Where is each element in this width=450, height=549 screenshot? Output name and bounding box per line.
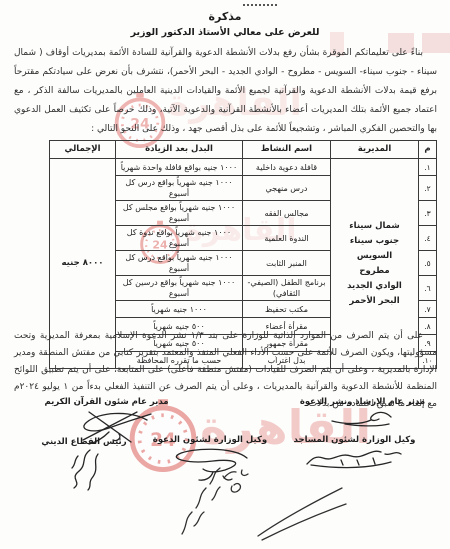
page-title: مذكرة [0, 10, 450, 23]
row-number: ٤. [419, 226, 437, 251]
allowance-value: ١٠٠٠ جنيه شهرياً بواقع ندوة كل أسبوع [116, 226, 243, 251]
allowance-value: ١٠٠٠ جنيه شهرياً بواقع درس كل أسبوع [116, 251, 243, 276]
activity-name: المنبر الثابت [243, 251, 331, 276]
col-header-number: م [419, 141, 437, 159]
directorate-name: شمال سيناء [333, 219, 416, 234]
row-number: ٧. [419, 301, 437, 318]
signature-block-dawa: وكيل الوزارة لشئون الدعوة [150, 435, 270, 484]
signature-handwriting [56, 448, 112, 492]
signature-block-religious-sector: رئيس القطاع الديني [28, 437, 140, 492]
col-header-allowance: البدل بعد الزيادة [116, 141, 243, 159]
top-handwritten-dashes [243, 4, 277, 6]
allowance-value: ١٠٠٠ جنيه شهرياً [116, 301, 243, 318]
memo-document-page: 24 القاهرة 24 القاهرة 24 القاهرة مذكرة ل… [0, 0, 450, 549]
activity-name: الندوة العلمية [243, 226, 331, 251]
opening-paragraph-text: بناءً على تعليماتكم الموقرة بشأن رفع بدل… [14, 48, 437, 134]
row-number: ١. [419, 159, 437, 176]
activity-name: برنامج الطفل (الصيفي- الثقافي) [243, 276, 331, 301]
signature-handwriting [303, 446, 407, 476]
signature-title: وكيل الوزارة لشئون الدعوة [150, 435, 270, 445]
directorate-name: البحر الأحمر [333, 294, 416, 309]
signature-block-irshad: مدير عام الإرشاد ونشر الدعوة [290, 397, 435, 430]
row-number: ٦. [419, 276, 437, 301]
allowance-value: ١٠٠٠ جنيه بواقع قافلة واحدة شهرياً [116, 159, 243, 176]
activity-name: مجالس الفقه [243, 201, 331, 226]
col-header-total: الإجمالي [50, 141, 116, 159]
activity-name: درس منهجي [243, 176, 331, 201]
directorate-name: مطروح [333, 264, 416, 279]
allowance-value: ١٠٠٠ جنيه شهرياً بواقع مجلس كل أسبوع [116, 201, 243, 226]
signature-block-masajid: وكيل الوزارة لشئون المساجد [287, 435, 422, 476]
signature-title: وكيل الوزارة لشئون المساجد [287, 435, 422, 445]
directorate-name: جنوب سيناء [333, 234, 416, 249]
row-number: ٥. [419, 251, 437, 276]
signature-title: مدير عام الإرشاد ونشر الدعوة [290, 397, 435, 407]
allowance-value: ١٠٠٠ جنيه شهرياً بواقع درس كل أسبوع [116, 176, 243, 201]
signature-title: رئيس القطاع الديني [28, 437, 140, 447]
directorate-name: الوادي الجديد [333, 279, 416, 294]
col-header-activity: اسم النشاط [243, 141, 331, 159]
directorate-name: السويس [333, 249, 416, 264]
opening-paragraph: بناءً على تعليماتكم الموقرة بشأن رفع بدل… [14, 44, 437, 139]
table-row: ١. شمال سيناء جنوب سيناء السويس مطروح ال… [50, 159, 437, 176]
allowance-value: ١٠٠٠ جنيه شهرياً بواقع درسين كل أسبوع [116, 276, 243, 301]
page-subtitle: للعرض على معالي الأستاذ الدكتور الوزير [0, 27, 450, 38]
row-number: ٣. [419, 201, 437, 226]
signature-title: مدير عام شئون القرآن الكريم [24, 397, 189, 407]
signature-handwriting [167, 446, 253, 484]
table-header-row: م المديرية اسم النشاط البدل بعد الزيادة … [50, 141, 437, 159]
col-header-directorate: المديرية [331, 141, 419, 159]
activity-name: مكتب تحفيظ [243, 301, 331, 318]
signature-handwriting [327, 408, 399, 430]
activity-name: قافلة دعوية داخلية [243, 159, 331, 176]
row-number: ٢. [419, 176, 437, 201]
